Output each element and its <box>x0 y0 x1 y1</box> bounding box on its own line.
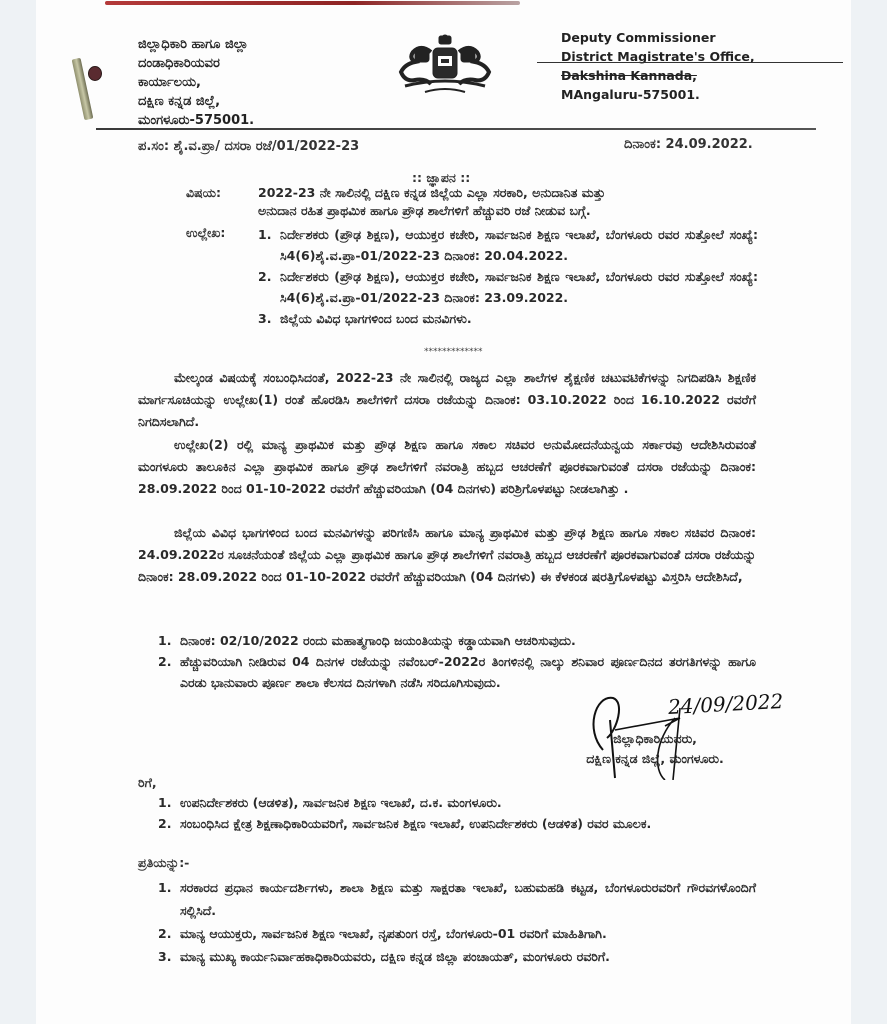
item-number: 3. <box>158 945 180 968</box>
office-line: ದಂಡಾಧಿಕಾರಿಯವರ <box>138 54 254 73</box>
subject-line: ಅನುದಾನ ರಹಿತ ಪ್ರಾಥಮಿಕ ಹಾಗೂ ಪ್ರೌಢ ಶಾಲೆಗಳಿಗ… <box>258 202 605 220</box>
office-line: Dakshina Kannada, <box>561 66 755 85</box>
list-item: 3. ಜಿಲ್ಲೆಯ ವಿವಿಧ ಭಾಗಗಳಿಂದ ಬಂದ ಮನವಿಗಳು. <box>258 308 758 329</box>
item-number: 2. <box>158 651 180 693</box>
office-line: ದಕ್ಷಿಣ ಕನ್ನಡ ಜಿಲ್ಲೆ, <box>138 92 254 111</box>
list-item: 2. ಮಾನ್ಯ ಆಯುಕ್ತರು, ಸಾರ್ವಜನಿಕ ಶಿಕ್ಷಣ ಇಲಾಖ… <box>158 922 756 945</box>
signatory: ಜಿಲ್ಲಾಧಿಕಾರಿಯವರು, ದಕ್ಷಿಣ ಕನ್ನಡ ಜಿಲ್ಲೆ, ಮ… <box>555 729 755 769</box>
recipients-list: 1. ಉಪನಿರ್ದೇಶಕರು (ಆಡಳಿತ), ಸಾರ್ವಜನಿಕ ಶಿಕ್ಷ… <box>158 792 756 834</box>
item-number: 2. <box>158 813 180 834</box>
item-number: 1. <box>158 876 180 922</box>
office-line: MAngaluru-575001. <box>561 85 755 104</box>
letterhead-divider <box>96 128 816 130</box>
references-list: 1. ನಿರ್ದೇಶಕರು (ಪ್ರೌಢ ಶಿಕ್ಷಣ), ಆಯುಕ್ತರ ಕಚ… <box>258 224 758 329</box>
list-item: 2. ಹೆಚ್ಚುವರಿಯಾಗಿ ನೀಡಿರುವ 04 ದಿನಗಳ ರಜೆಯನ್… <box>158 651 756 693</box>
item-number: 2. <box>258 266 280 308</box>
subject-text: 2022-23 ನೇ ಸಾಲಿನಲ್ಲಿ ದಕ್ಷಿಣ ಕನ್ನಡ ಜಿಲ್ಲೆ… <box>258 184 605 220</box>
to-label: ರಿಗೆ, <box>138 775 157 791</box>
list-item: 1. ದಿನಾಂಕ: 02/10/2022 ರಂದು ಮಹಾತ್ಮಗಾಂಧಿ ಜ… <box>158 630 756 651</box>
office-line: District Magistrate's Office, <box>561 47 755 66</box>
reference-number: ಪ.ಸಂ: ಶೈ.ವ.ಪ್ರಾ/ ದಸರಾ ರಜೆ/01/2022-23 <box>138 139 359 154</box>
list-item: 3. ಮಾನ್ಯ ಮುಖ್ಯ ಕಾರ್ಯನಿರ್ವಾಹಕಾಧಿಕಾರಿಯವರು,… <box>158 945 756 968</box>
list-item: 1. ಸರಕಾರದ ಪ್ರಧಾನ ಕಾರ್ಯದರ್ಶಿಗಳು, ಶಾಲಾ ಶಿಕ… <box>158 876 756 922</box>
document-date: ದಿನಾಂಕ: 24.09.2022. <box>624 137 753 152</box>
item-text: ಉಪನಿರ್ದೇಶಕರು (ಆಡಳಿತ), ಸಾರ್ವಜನಿಕ ಶಿಕ್ಷಣ ಇ… <box>180 792 756 813</box>
list-item: 1. ಉಪನಿರ್ದೇಶಕರು (ಆಡಳಿತ), ಸಾರ್ವಜನಿಕ ಶಿಕ್ಷ… <box>158 792 756 813</box>
conditions-list: 1. ದಿನಾಂಕ: 02/10/2022 ರಂದು ಮಹಾತ್ಮಗಾಂಧಿ ಜ… <box>158 630 756 693</box>
separator: ************* <box>424 347 483 357</box>
item-number: 1. <box>158 630 180 651</box>
item-number: 1. <box>258 224 280 266</box>
item-text: ದಿನಾಂಕ: 02/10/2022 ರಂದು ಮಹಾತ್ಮಗಾಂಧಿ ಜಯಂತ… <box>180 630 756 651</box>
paragraph-1: ಮೇಲ್ಕಂಡ ವಿಷಯಕ್ಕೆ ಸಂಬಂಧಿಸಿದಂತೆ, 2022-23 ನ… <box>138 367 756 433</box>
list-item: 1. ನಿರ್ದೇಶಕರು (ಪ್ರೌಢ ಶಿಕ್ಷಣ), ಆಯುಕ್ತರ ಕಚ… <box>258 224 758 266</box>
office-address-kannada: ಜಿಲ್ಲಾಧಿಕಾರಿ ಹಾಗೂ ಜಿಲ್ಲಾ ದಂಡಾಧಿಕಾರಿಯವರ ಕ… <box>138 35 254 130</box>
item-text: ನಿರ್ದೇಶಕರು (ಪ್ರೌಢ ಶಿಕ್ಷಣ), ಆಯುಕ್ತರ ಕಚೇರಿ… <box>280 224 758 266</box>
pen-cap-icon <box>88 66 102 81</box>
item-text: ಹೆಚ್ಚುವರಿಯಾಗಿ ನೀಡಿರುವ 04 ದಿನಗಳ ರಜೆಯನ್ನು … <box>180 651 756 693</box>
state-emblem-icon <box>395 34 495 100</box>
item-text: ನಿರ್ದೇಶಕರು (ಪ್ರೌಢ ಶಿಕ್ಷಣ), ಆಯುಕ್ತರ ಕಚೇರಿ… <box>280 266 758 308</box>
signatory-location: ದಕ್ಷಿಣ ಕನ್ನಡ ಜಿಲ್ಲೆ, ಮಂಗಳೂರು. <box>555 749 755 769</box>
item-text: ಜಿಲ್ಲೆಯ ವಿವಿಧ ಭಾಗಗಳಿಂದ ಬಂದ ಮನವಿಗಳು. <box>280 308 758 329</box>
copies-label: ಪ್ರತಿಯನ್ನು:- <box>138 855 189 871</box>
copies-list: 1. ಸರಕಾರದ ಪ್ರಧಾನ ಕಾರ್ಯದರ್ಶಿಗಳು, ಶಾಲಾ ಶಿಕ… <box>158 876 756 968</box>
letterhead-red-rule <box>105 1 520 5</box>
paragraph-3: ಜಿಲ್ಲೆಯ ವಿವಿಧ ಭಾಗಗಳಿಂದ ಬಂದ ಮನವಿಗಳನ್ನು ಪರ… <box>138 522 756 588</box>
references-label: ಉಲ್ಲೇಖ: <box>186 225 225 241</box>
item-text: ಮಾನ್ಯ ಮುಖ್ಯ ಕಾರ್ಯನಿರ್ವಾಹಕಾಧಿಕಾರಿಯವರು, ದಕ… <box>180 945 756 968</box>
item-text: ಸಂಬಂಧಿಸಿದ ಕ್ಷೇತ್ರ ಶಿಕ್ಷಣಾಧಿಕಾರಿಯವರಿಗೆ, ಸ… <box>180 813 756 834</box>
divider <box>537 62 843 63</box>
item-text: ಮಾನ್ಯ ಆಯುಕ್ತರು, ಸಾರ್ವಜನಿಕ ಶಿಕ್ಷಣ ಇಲಾಖೆ, … <box>180 922 756 945</box>
list-item: 2. ಸಂಬಂಧಿಸಿದ ಕ್ಷೇತ್ರ ಶಿಕ್ಷಣಾಧಿಕಾರಿಯವರಿಗೆ… <box>158 813 756 834</box>
item-number: 2. <box>158 922 180 945</box>
list-item: 2. ನಿರ್ದೇಶಕರು (ಪ್ರೌಢ ಶಿಕ್ಷಣ), ಆಯುಕ್ತರ ಕಚ… <box>258 266 758 308</box>
paragraph-2: ಉಲ್ಲೇಖ(2) ರಲ್ಲಿ ಮಾನ್ಯ ಪ್ರಾಥಮಿಕ ಮತ್ತು ಪ್ರ… <box>138 434 756 500</box>
office-line: ಕಾರ್ಯಾಲಯ, <box>138 73 254 92</box>
office-line: Deputy Commissioner <box>561 28 755 47</box>
item-number: 1. <box>158 792 180 813</box>
office-address-english: Deputy Commissioner District Magistrate'… <box>561 28 755 104</box>
item-text: ಸರಕಾರದ ಪ್ರಧಾನ ಕಾರ್ಯದರ್ಶಿಗಳು, ಶಾಲಾ ಶಿಕ್ಷಣ… <box>180 876 756 922</box>
office-line: ಜಿಲ್ಲಾಧಿಕಾರಿ ಹಾಗೂ ಜಿಲ್ಲಾ <box>138 35 254 54</box>
item-number: 3. <box>258 308 280 329</box>
subject-label: ವಿಷಯ: <box>186 185 221 201</box>
signatory-designation: ಜಿಲ್ಲಾಧಿಕಾರಿಯವರು, <box>555 729 755 749</box>
subject-line: 2022-23 ನೇ ಸಾಲಿನಲ್ಲಿ ದಕ್ಷಿಣ ಕನ್ನಡ ಜಿಲ್ಲೆ… <box>258 184 605 202</box>
